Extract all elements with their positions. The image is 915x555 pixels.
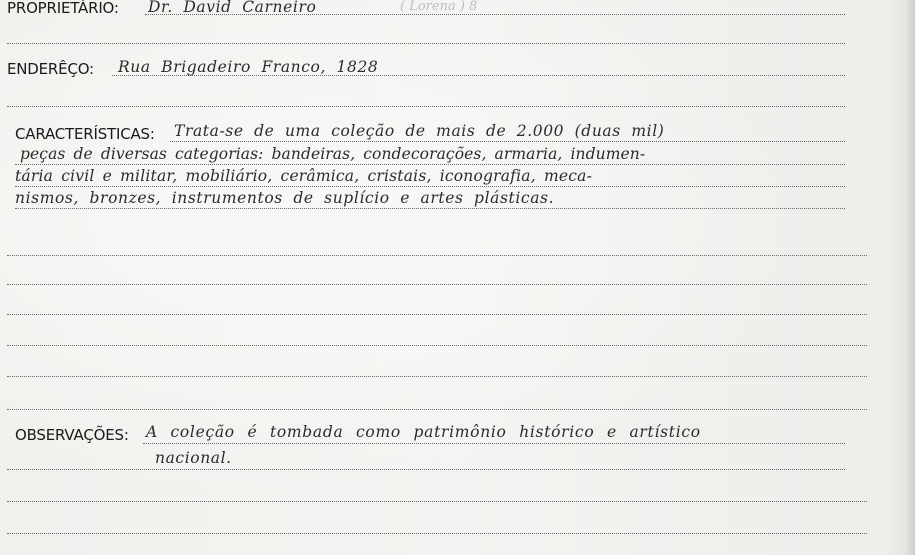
caracteristicas-line-1 [170,141,845,142]
caracteristicas-line-4 [15,208,845,209]
field-value-proprietario: Dr. David Carneiro [148,0,316,16]
caracteristicas-line-3 [15,186,845,187]
caracteristicas-text-line-2: peças de diversas categorias: bandeiras,… [20,147,645,163]
caracteristicas-text-line-1: Trata-se de uma coleção de mais de 2.000… [174,124,664,140]
field-label-proprietario: PROPRIETÁRIO: [7,1,119,16]
observacoes-line-2 [7,469,845,470]
document-page: PROPRIETÁRIO: Dr. David Carneiro ( Loren… [0,0,915,555]
caracteristicas-text-line-3: tária civil e militar, mobiliário, cerâm… [15,169,592,185]
blank-line [7,409,867,410]
observacoes-text-line-2: nacional. [155,451,232,467]
field-value-endereco: Rua Brigadeiro Franco, 1828 [118,60,378,76]
page-edge-shadow [905,0,915,555]
blank-line [7,284,867,285]
observacoes-line-1 [143,443,845,444]
blank-line [7,376,867,377]
blank-line [7,345,867,346]
field-label-caracteristicas: CARACTERÍSTICAS: [15,127,155,142]
blank-line [7,255,867,256]
field-label-endereco: ENDERÊÇO: [7,62,94,77]
blank-line [7,314,867,315]
observacoes-text-line-1: A coleção é tombada como patrimônio hist… [146,425,701,441]
blank-line [7,533,867,534]
field-label-observacoes: OBSERVAÇÕES: [15,428,129,443]
caracteristicas-text-line-4: nismos, bronzes, instrumentos de suplíci… [15,191,554,207]
blank-line [7,43,845,44]
blank-line [7,501,867,502]
blank-line [7,106,845,107]
caracteristicas-line-2 [15,164,845,165]
faint-annotation: ( Lorena ) 8 [400,0,477,13]
